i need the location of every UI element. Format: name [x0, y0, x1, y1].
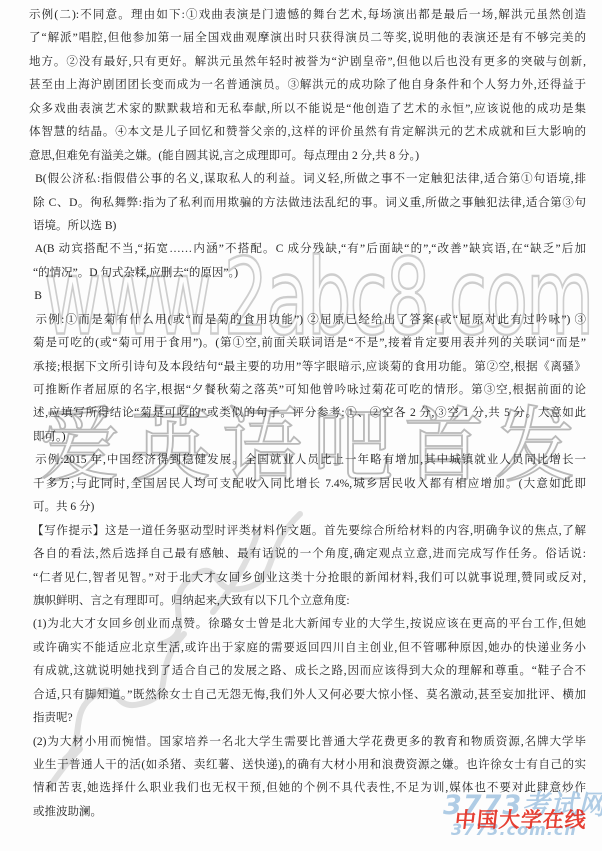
scanned-answer-page: www.2abc8.com 爱英语吧首发 示例(二):不同意。理由如下:①戏曲表… [0, 0, 602, 851]
answer-item-17: 17. 示例:2015 年,中国经济得到稳健发展。全国就业人员比上一年略有增加,… [0, 449, 602, 519]
text-line: 即可。) [33, 426, 586, 449]
answer-item-13: 13. B(假公济私:指假借公事的名义,谋取私人的利益。词义轻,所做之事不一定触… [0, 168, 602, 238]
text-line: 述,应填写所得结论“菊是可吃的”或类似的句子。评分参考:①、②空各 2 分,③空… [33, 402, 586, 425]
text-line: 地方。②没有最好,只有更好。解洪元虽然年轻时被誉为“沪剧皇帝”,但他以后也没有更… [29, 51, 586, 74]
text-line: 菊是可吃的(或“菊可用于食用”)。(第①空,前面关联词语是“不是”,接着肯定要用… [33, 332, 586, 355]
text-line: (2)为大材小用而惋惜。国家培养一名北大学生需要比普通大学花费更多的教育和物质资… [33, 731, 586, 754]
answer-item-15: 15. B [0, 285, 602, 308]
text-line: 18.【写作提示】这是一道任务驱动型时评类材料作文题。首先要综合所给材料的内容,… [33, 520, 586, 543]
text-line: 业生干普通人干的活(如杀猪、卖红薯、送快递),的确有大材小用和浪费资源之嫌。也许… [33, 754, 586, 777]
text-line: 众多戏曲表演艺术家的默默栽培和无私奉献,所以不能说是“他创造了艺术的永恒”,应该… [29, 98, 586, 121]
text-line: 可推断作者屈原的名字,根据“夕餐秋菊之落英”可知他曾吟咏过菊花可吃的情形。第③空… [33, 379, 586, 402]
text-line: 17. 示例:2015 年,中国经济得到稳健发展。全国就业人员比上一年略有增加,… [33, 449, 586, 472]
text-line: 或许确实不能适应北京生活,或许出于家庭的需要返回四川自主创业,但不管哪种原因,她… [33, 637, 586, 660]
text-line: 合适,只有脚知道。”既然徐女士自己无怨无悔,我们外人又何必要大惊小怪、莫名激动,… [33, 684, 586, 707]
text-line: 情和苦衷,她选择什么职业我们也无权干预,但她的个例不具代表性,不足为训,媒体也不… [33, 777, 586, 800]
text-line: 承接;根据下文所引诗句及本段结句“最主要的功用”等字眼暗示,应谈菊的食用功能。第… [33, 356, 586, 379]
text-line: 语境。所以选 B) [33, 215, 586, 238]
text-line: 指责呢? [33, 707, 586, 730]
text-line: 甚至由上海沪剧团团长变而成为一名普通演员。③解洪元的成功除了他自身条件和个人努力… [29, 74, 586, 97]
text-line: 了“解派”唱腔,但他参加第一届全国戏曲观摩演出时只获得演员二等奖,说明他的表演还… [29, 27, 586, 50]
text-line: 16. 示例:①而是菊有什么用(或“而是菊的食用功能”) ②屈原已经给出了答案(… [33, 309, 586, 332]
answer-item-16: 16. 示例:①而是菊有什么用(或“而是菊的食用功能”) ②屈原已经给出了答案(… [0, 309, 602, 450]
text-line: 可。共 6 分) [33, 496, 586, 519]
text-line: 示例(二):不同意。理由如下:①戏曲表演是门遗憾的舞台艺术,每场演出都是最后一场… [29, 4, 586, 27]
text-line: 意思,但难免有溢美之嫌。(能自圆其说,言之成理即可。每点理由 2 分,共 8 分… [29, 145, 586, 168]
answer-intro-paragraph: 示例(二):不同意。理由如下:①戏曲表演是门遗憾的舞台艺术,每场演出都是最后一场… [0, 4, 602, 168]
text-line: 除 C、D。徇私舞弊:指为了私利而用欺骗的方法做违法乱纪的事。词义重,所做之事触… [33, 192, 586, 215]
text-line: 千多万;与此同时,全国居民人均可支配收入同比增长 7.4%,城乡居民收入都有相应… [33, 473, 586, 496]
text-line: 或推波助澜。 [33, 801, 586, 824]
text-line: (1)为北大才女回乡创业而点赞。徐璐女士曾是北大新闻专业的大学生,按说应该在更高… [33, 613, 586, 636]
text-line: 14. A(B 动宾搭配不当,“拓宽……内涵”不搭配。C 成分残缺,“有”后面缺… [33, 238, 586, 261]
text-line: 有成就,这就说明她找到了适合自己的发展之路、成长之路,因而应该得到大众的理解和尊… [33, 660, 586, 683]
answer-item-18: 18.【写作提示】这是一道任务驱动型时评类材料作文题。首先要综合所给材料的内容,… [0, 520, 602, 614]
answer-item-18-angle-2: (2)为大材小用而惋惜。国家培养一名北大学生需要比普通大学花费更多的教育和物质资… [0, 731, 602, 825]
text-line: 13. B(假公济私:指假借公事的名义,谋取私人的利益。词义轻,所做之事不一定触… [33, 168, 586, 191]
text-line: 各自的看法,然后选择自己最有感触、最有话说的一个角度,确定观点立意,进而完成写作… [33, 543, 586, 566]
text-line: “的情况”。D 句式杂糅,应删去“的原因”。) [33, 262, 586, 285]
text-line: “仁者见仁,智者见智。”对于北大才女回乡创业这类十分抢眼的新闻材料,我们可以就事… [33, 567, 586, 590]
text-line: 体智慧的结晶。④本文是儿子回忆和赞誉父亲的,这样的评价虽然有肯定解洪元的艺术成就… [29, 121, 586, 144]
answer-key-content: 示例(二):不同意。理由如下:①戏曲表演是门遗憾的舞台艺术,每场演出都是最后一场… [0, 4, 602, 824]
answer-item-18-angle-1: (1)为北大才女回乡创业而点赞。徐璐女士曾是北大新闻专业的大学生,按说应该在更高… [0, 613, 602, 730]
text-line: 旗帜鲜明、言之有理即可。归纳起来,大致有以下几个立意角度: [33, 590, 586, 613]
text-line: 15. B [33, 285, 586, 308]
answer-item-14: 14. A(B 动宾搭配不当,“拓宽……内涵”不搭配。C 成分残缺,“有”后面缺… [0, 238, 602, 285]
